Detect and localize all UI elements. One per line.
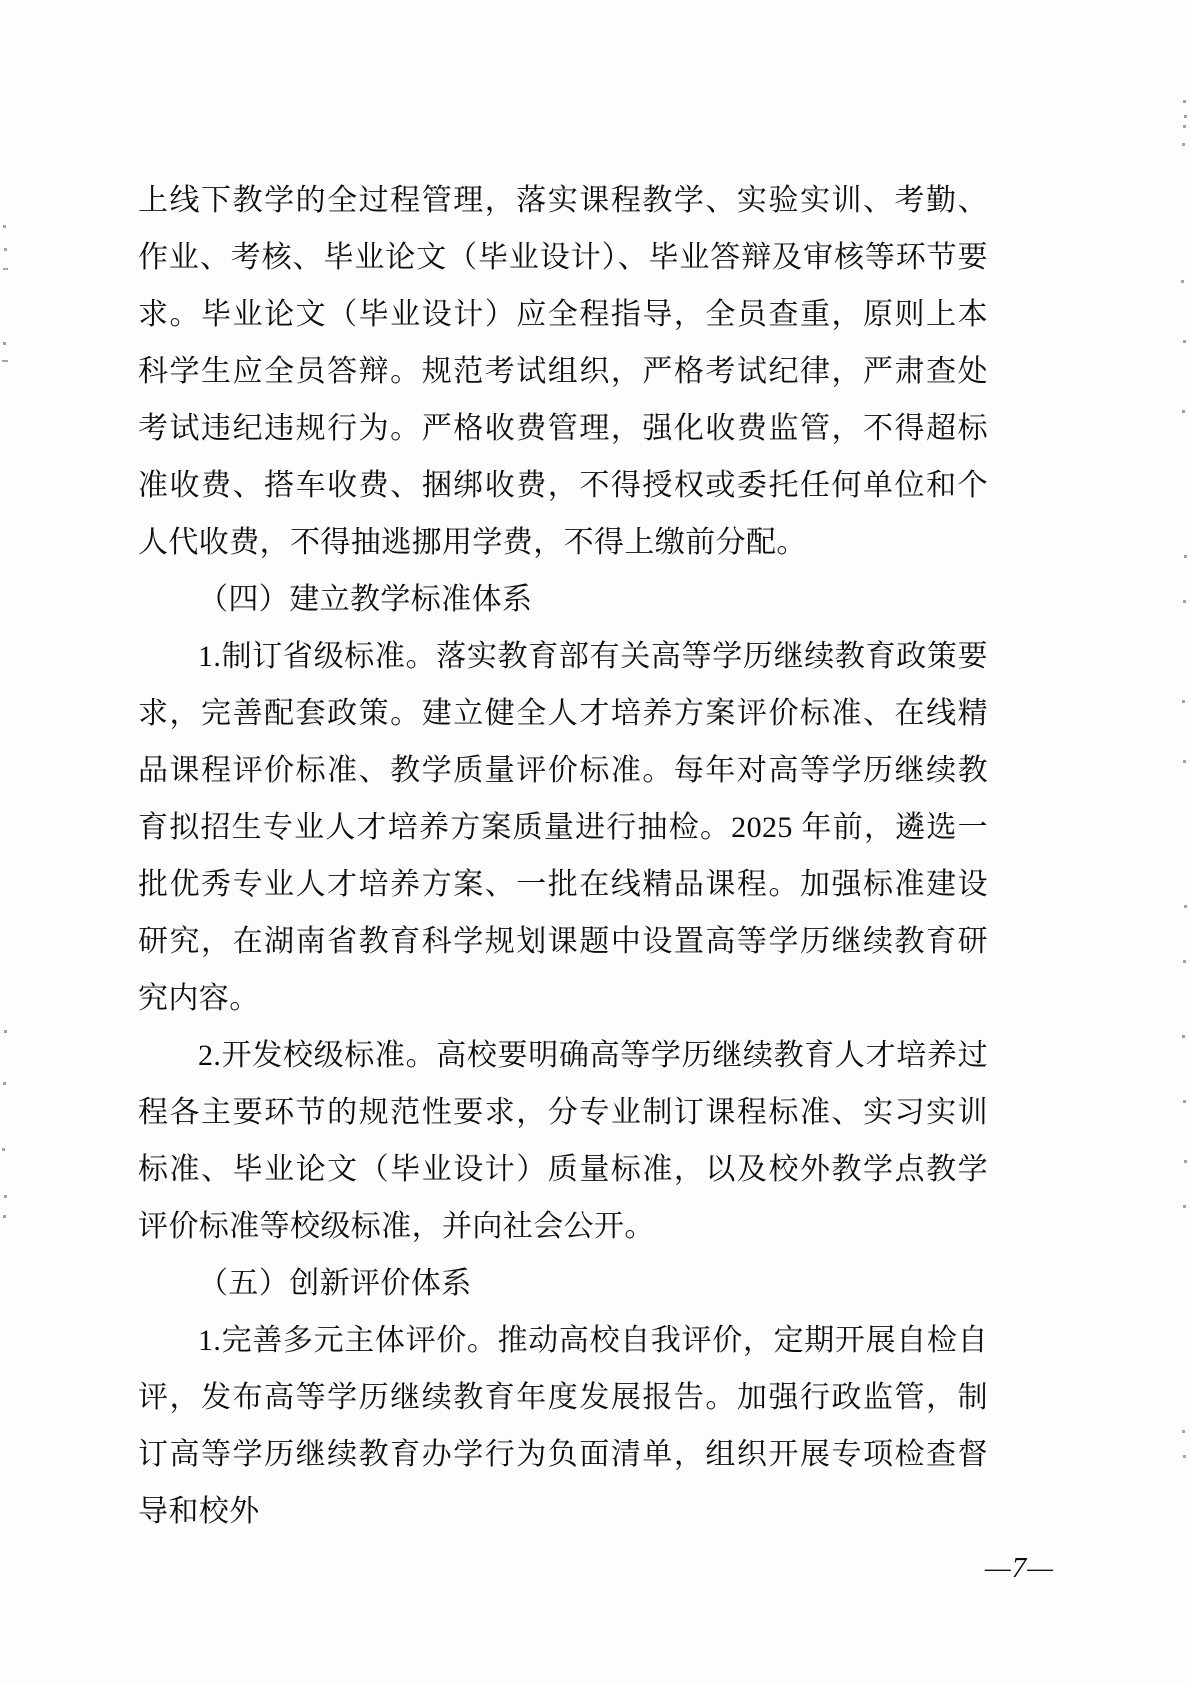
- paragraph-school-standards: 2.开发校级标准。高校要明确高等学历继续教育人才培养过程各主要环节的规范性要求，…: [138, 1027, 988, 1255]
- scan-noise: [4, 248, 7, 251]
- scan-noise: [2, 1148, 5, 1151]
- scan-noise: [1183, 1455, 1186, 1458]
- document-page: 上线下教学的全过程管理，落实课程教学、实验实训、考勤、作业、考核、毕业论文（毕业…: [0, 0, 1190, 1684]
- scan-noise: [1184, 1160, 1187, 1163]
- document-body: 上线下教学的全过程管理，落实课程教学、实验实训、考勤、作业、考核、毕业论文（毕业…: [138, 172, 988, 1540]
- scan-noise: [1184, 555, 1187, 558]
- scan-noise: [3, 268, 8, 270]
- scan-noise: [1183, 340, 1186, 343]
- scan-noise: [1184, 115, 1187, 118]
- scan-noise: [1183, 1205, 1186, 1208]
- scan-noise: [4, 1030, 7, 1033]
- paragraph-continued: 上线下教学的全过程管理，落实课程教学、实验实训、考勤、作业、考核、毕业论文（毕业…: [138, 172, 988, 571]
- scan-noise: [1182, 700, 1185, 703]
- paragraph-evaluation: 1.完善多元主体评价。推动高校自我评价，定期开展自检自评，发布高等学历继续教育年…: [138, 1312, 988, 1540]
- scan-noise: [1182, 1035, 1185, 1038]
- scan-noise: [1183, 100, 1186, 103]
- scan-noise: [1182, 410, 1185, 413]
- scan-noise: [1184, 905, 1187, 908]
- scan-noise: [3, 225, 6, 228]
- scan-noise: [3, 1082, 6, 1085]
- page-number: —7—: [985, 1552, 1054, 1585]
- scan-noise: [1183, 125, 1186, 128]
- scan-noise: [3, 1215, 6, 1218]
- section-heading-four: （四）建立教学标准体系: [138, 571, 988, 628]
- scan-noise: [3, 342, 6, 345]
- section-heading-five: （五）创新评价体系: [138, 1255, 988, 1312]
- scan-noise: [2, 360, 8, 362]
- scan-noise: [1182, 143, 1185, 146]
- scan-noise: [1183, 600, 1186, 603]
- paragraph-provincial-standards: 1.制订省级标准。落实教育部有关高等学历继续教育政策要求，完善配套政策。建立健全…: [138, 628, 988, 1027]
- scan-noise: [1183, 760, 1186, 763]
- scan-noise: [1181, 280, 1184, 283]
- scan-noise: [1183, 1100, 1186, 1103]
- scan-noise: [1183, 960, 1186, 963]
- scan-noise: [4, 1195, 7, 1198]
- scan-noise: [1182, 1430, 1185, 1433]
